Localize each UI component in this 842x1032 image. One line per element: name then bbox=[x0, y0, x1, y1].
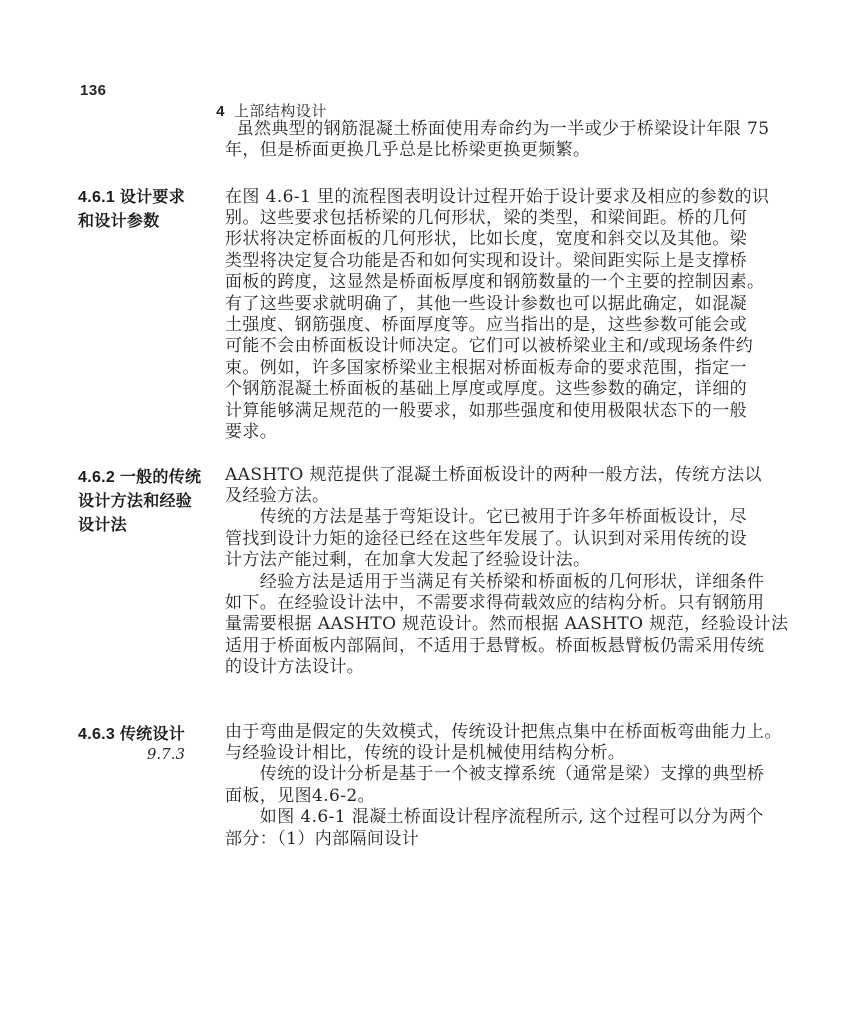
page-number: 136 bbox=[80, 82, 107, 99]
chapter-number: 4 bbox=[216, 103, 225, 120]
intro-paragraph: 虽然典型的钢筋混凝土桥面使用寿命约为一半或少于桥梁设计年限 75 年，但是桥面更… bbox=[225, 119, 785, 162]
chapter-title: 上部结构设计 bbox=[234, 102, 327, 120]
section-heading-4-6-2: 4.6.2 一般的传统 设计方法和经验 设计法 bbox=[78, 466, 218, 538]
document-page: 136 4上部结构设计 虽然典型的钢筋混凝土桥面使用寿命约为一半或少于桥梁设计年… bbox=[0, 0, 842, 1032]
section-body-4-6-2: AASHTO 规范提供了混凝土桥面板设计的两种一般方法，传统方法以 及经验方法。… bbox=[225, 465, 785, 679]
spec-article-reference: 9.7.3 bbox=[78, 745, 185, 763]
section-body-4-6-3: 由于弯曲是假定的失效模式，传统设计把焦点集中在桥面板弯曲能力上。 与经验设计相比… bbox=[225, 722, 785, 850]
section-body-4-6-1: 在图 4.6-1 里的流程图表明设计过程开始于设计要求及相应的参数的识 别。这些… bbox=[225, 187, 785, 444]
section-heading-4-6-3: 4.6.3 传统设计 bbox=[78, 723, 218, 747]
section-heading-4-6-1: 4.6.1 设计要求 和设计参数 bbox=[78, 186, 218, 234]
